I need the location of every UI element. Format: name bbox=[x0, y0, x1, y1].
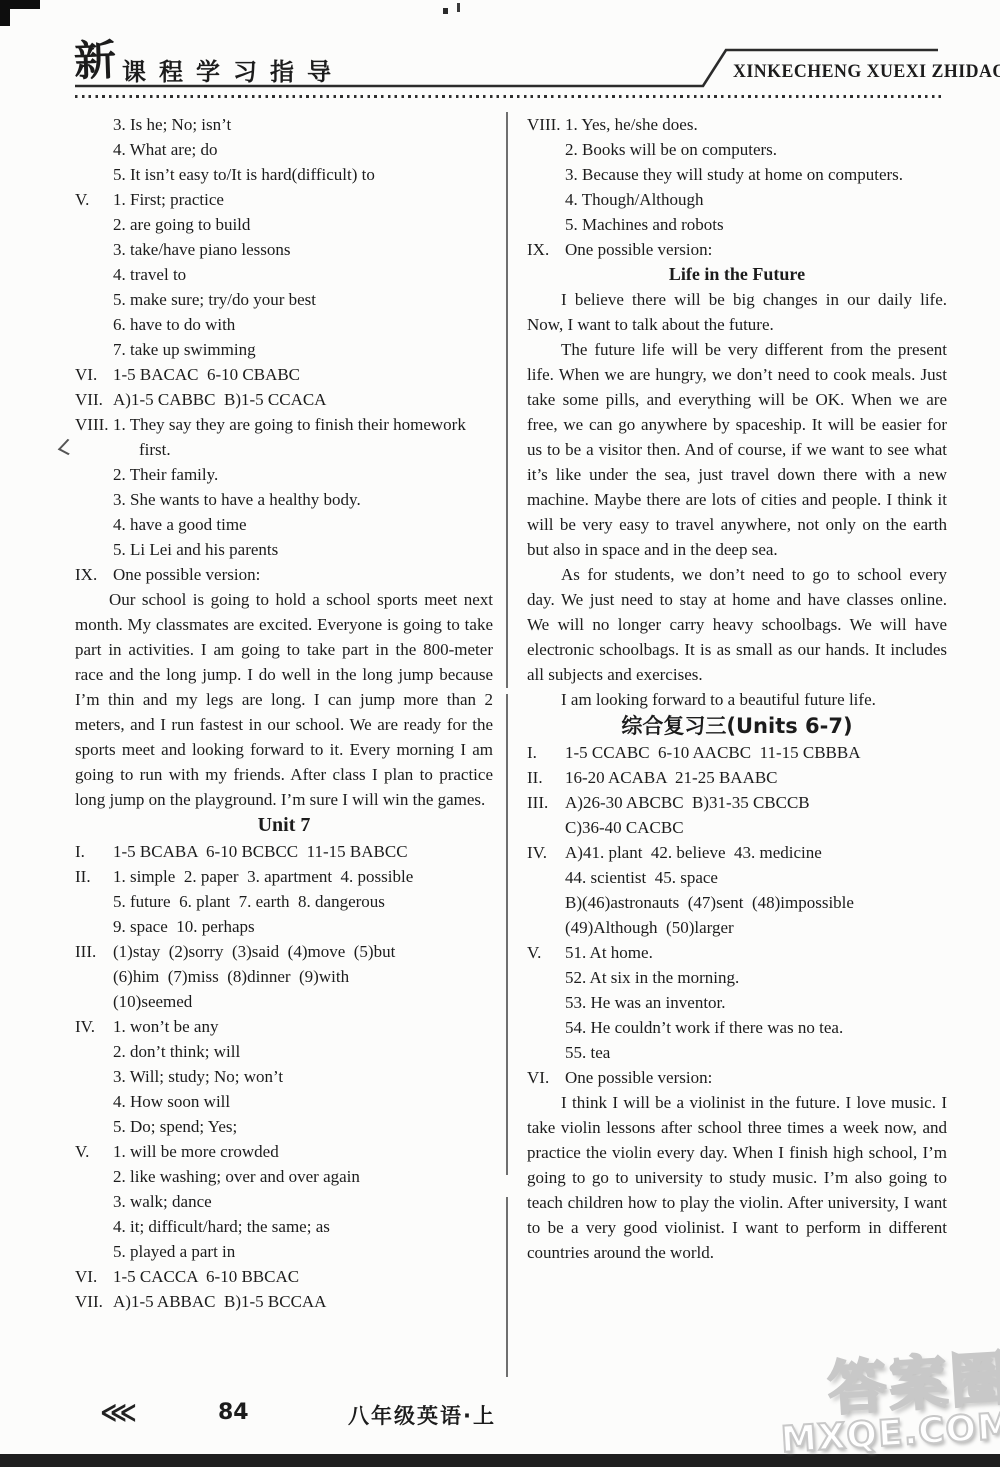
answer-line: 4. travel to bbox=[75, 262, 493, 287]
answer-line: 3. She wants to have a healthy body. bbox=[75, 487, 493, 512]
answer-text: C)36-40 CACBC bbox=[565, 815, 947, 840]
answer-line: 53. He was an inventor. bbox=[527, 990, 947, 1015]
answer-text: 3. Will; study; No; won’t bbox=[113, 1064, 493, 1089]
answer-text: 2. are going to build bbox=[113, 212, 493, 237]
answer-section-label: VIII. bbox=[75, 412, 113, 437]
answer-section-label: V. bbox=[75, 187, 113, 212]
answer-line: 4. Though/Although bbox=[527, 187, 947, 212]
answer-line: 7. take up swimming bbox=[75, 337, 493, 362]
column-divider bbox=[506, 112, 508, 688]
book-title: 八年级英语·上 bbox=[348, 1400, 496, 1430]
essay-paragraph: As for students, we don’t need to go to … bbox=[527, 562, 947, 687]
answer-line: IV.A)41. plant 42. believe 43. medicine bbox=[527, 840, 947, 865]
answer-line: C)36-40 CACBC bbox=[527, 815, 947, 840]
answer-section-label: IV. bbox=[75, 1014, 113, 1039]
answer-text: (10)seemed bbox=[113, 989, 493, 1014]
answer-text: (49)Although (50)larger bbox=[565, 915, 947, 940]
answer-text: 4. have a good time bbox=[113, 512, 493, 537]
answer-text: A)26-30 ABCBC B)31-35 CBCCB bbox=[565, 790, 947, 815]
answer-text: 4. What are; do bbox=[113, 137, 493, 162]
answer-line: 55. tea bbox=[527, 1040, 947, 1065]
answer-line: IX.One possible version: bbox=[527, 237, 947, 262]
answer-section-label: I. bbox=[527, 740, 565, 765]
answer-line: V.1. First; practice bbox=[75, 187, 493, 212]
answer-line: 4. it; difficult/hard; the same; as bbox=[75, 1214, 493, 1239]
answer-line: 3. take/have piano lessons bbox=[75, 237, 493, 262]
answer-line: 9. space 10. perhaps bbox=[75, 914, 493, 939]
answer-line: II.1. simple 2. paper 3. apartment 4. po… bbox=[75, 864, 493, 889]
answer-line: 6. have to do with bbox=[75, 312, 493, 337]
answer-text: 4. Though/Although bbox=[565, 187, 947, 212]
answer-section-label: VII. bbox=[75, 1289, 113, 1314]
answer-text: 4. How soon will bbox=[113, 1089, 493, 1114]
right-column: VIII.1. Yes, he/she does.2. Books will b… bbox=[527, 112, 947, 1314]
answer-line: 5. played a part in bbox=[75, 1239, 493, 1264]
answer-line: VIII.1. They say they are going to finis… bbox=[75, 412, 493, 462]
answer-line: I.1-5 BCABA 6-10 BCBCC 11-15 BABCC bbox=[75, 839, 493, 864]
answer-section-label: V. bbox=[527, 940, 565, 965]
answer-text: 4. it; difficult/hard; the same; as bbox=[113, 1214, 493, 1239]
answer-section-label: III. bbox=[75, 939, 113, 964]
answer-line: 3. walk; dance bbox=[75, 1189, 493, 1214]
section-heading: 综合复习三(Units 6-7) bbox=[527, 712, 947, 740]
brand-title-pinyin: XINKECHENG XUEXI ZHIDAO⟩⟩⟩ bbox=[733, 57, 1000, 83]
answer-text: 5. future 6. plant 7. earth 8. dangerous bbox=[113, 889, 493, 914]
answer-line: (49)Although (50)larger bbox=[527, 915, 947, 940]
column-divider bbox=[506, 694, 508, 1175]
answer-text: 2. don’t think; will bbox=[113, 1039, 493, 1064]
answer-text: 5. It isn’t easy to/It is hard(difficult… bbox=[113, 162, 493, 187]
answer-section-label: VII. bbox=[75, 387, 113, 412]
answer-text: 3. Is he; No; isn’t bbox=[113, 112, 493, 137]
answer-text: 54. He couldn’t work if there was no tea… bbox=[565, 1015, 947, 1040]
answer-text: 1. Yes, he/she does. bbox=[565, 112, 947, 137]
answer-line: IX.One possible version: bbox=[75, 562, 493, 587]
answer-line: VII.A)1-5 CABBC B)1-5 CCACA bbox=[75, 387, 493, 412]
answer-line: VI.1-5 BACAC 6-10 CBABC bbox=[75, 362, 493, 387]
answer-text: 2. Books will be on computers. bbox=[565, 137, 947, 162]
answer-section-label: II. bbox=[75, 864, 113, 889]
essay-paragraph: I am looking forward to a beautiful futu… bbox=[527, 687, 947, 712]
answer-section-label: IX. bbox=[527, 237, 565, 262]
answer-line: 44. scientist 45. space bbox=[527, 865, 947, 890]
answer-section-label: IX. bbox=[75, 562, 113, 587]
answer-text: 1-5 CCABC 6-10 AACBC 11-15 CBBBA bbox=[565, 740, 947, 765]
answer-line: B)(46)astronauts (47)sent (48)impossible bbox=[527, 890, 947, 915]
answer-section-label: V. bbox=[75, 1139, 113, 1164]
answer-line: II.16-20 ACABA 21-25 BAABC bbox=[527, 765, 947, 790]
answer-text: 3. walk; dance bbox=[113, 1189, 493, 1214]
answer-text: One possible version: bbox=[565, 237, 947, 262]
essay-paragraph: The future life will be very different f… bbox=[527, 337, 947, 562]
answer-line: 2. like washing; over and over again bbox=[75, 1164, 493, 1189]
answer-text: A)41. plant 42. believe 43. medicine bbox=[565, 840, 947, 865]
answer-line: 2. Books will be on computers. bbox=[527, 137, 947, 162]
answer-text: 6. have to do with bbox=[113, 312, 493, 337]
answer-line: V.51. At home. bbox=[527, 940, 947, 965]
answer-text: 5. Machines and robots bbox=[565, 212, 947, 237]
answer-line: 5. make sure; try/do your best bbox=[75, 287, 493, 312]
answer-text: 1. will be more crowded bbox=[113, 1139, 493, 1164]
answer-section-label: VIII. bbox=[527, 112, 565, 137]
answer-line: 5. future 6. plant 7. earth 8. dangerous bbox=[75, 889, 493, 914]
answer-text: 1. They say they are going to finish the… bbox=[113, 412, 493, 462]
answer-line: III.(1)stay (2)sorry (3)said (4)move (5)… bbox=[75, 939, 493, 964]
answer-text: 16-20 ACABA 21-25 BAABC bbox=[565, 765, 947, 790]
section-heading: Life in the Future bbox=[527, 262, 947, 287]
answer-line: VI.One possible version: bbox=[527, 1065, 947, 1090]
answer-section-label: III. bbox=[527, 790, 565, 815]
scanned-workbook-page: 新 课程学习指导 XINKECHENG XUEXI ZHIDAO⟩⟩⟩ 3. I… bbox=[0, 0, 1000, 1467]
footer-chevrons-icon: ⋘ bbox=[100, 1398, 137, 1428]
answer-text: 9. space 10. perhaps bbox=[113, 914, 493, 939]
answer-text: 5. make sure; try/do your best bbox=[113, 287, 493, 312]
answer-line: VI.1-5 CACCA 6-10 BBCAC bbox=[75, 1264, 493, 1289]
answer-text: 2. like washing; over and over again bbox=[113, 1164, 493, 1189]
header-dotted-rule bbox=[75, 95, 943, 98]
column-divider bbox=[506, 1197, 508, 1377]
answer-line: IV.1. won’t be any bbox=[75, 1014, 493, 1039]
answer-body: 3. Is he; No; isn’t4. What are; do5. It … bbox=[75, 112, 947, 1314]
answer-line: 4. have a good time bbox=[75, 512, 493, 537]
answer-text: 1. won’t be any bbox=[113, 1014, 493, 1039]
answer-line: III.A)26-30 ABCBC B)31-35 CBCCB bbox=[527, 790, 947, 815]
answer-line: (10)seemed bbox=[75, 989, 493, 1014]
answer-line: 5. Machines and robots bbox=[527, 212, 947, 237]
answer-section-label: IV. bbox=[527, 840, 565, 865]
answer-line: 3. Because they will study at home on co… bbox=[527, 162, 947, 187]
answer-text: 51. At home. bbox=[565, 940, 947, 965]
brand-title-pinyin-text: XINKECHENG XUEXI ZHIDAO bbox=[733, 61, 1000, 82]
essay-paragraph: I think I will be a violinist in the fut… bbox=[527, 1090, 947, 1265]
answer-text: 7. take up swimming bbox=[113, 337, 493, 362]
left-column: 3. Is he; No; isn’t4. What are; do5. It … bbox=[75, 112, 493, 1314]
answer-text: 5. Do; spend; Yes; bbox=[113, 1114, 493, 1139]
answer-text: 3. She wants to have a healthy body. bbox=[113, 487, 493, 512]
answer-line: 52. At six in the morning. bbox=[527, 965, 947, 990]
answer-text: A)1-5 ABBAC B)1-5 BCCAA bbox=[113, 1289, 493, 1314]
answer-text: (6)him (7)miss (8)dinner (9)with bbox=[113, 964, 493, 989]
answer-line: 2. don’t think; will bbox=[75, 1039, 493, 1064]
answer-line: 3. Is he; No; isn’t bbox=[75, 112, 493, 137]
answer-section-label: VI. bbox=[75, 362, 113, 387]
answer-line: 4. How soon will bbox=[75, 1089, 493, 1114]
answer-line: 5. Li Lei and his parents bbox=[75, 537, 493, 562]
answer-text: A)1-5 CABBC B)1-5 CCACA bbox=[113, 387, 493, 412]
answer-text: 1. simple 2. paper 3. apartment 4. possi… bbox=[113, 864, 493, 889]
answer-text: B)(46)astronauts (47)sent (48)impossible bbox=[565, 890, 947, 915]
answer-section-label: VI. bbox=[527, 1065, 565, 1090]
answer-text: One possible version: bbox=[113, 562, 493, 587]
watermark: 答案圈 MXQE.COM bbox=[776, 1349, 1000, 1459]
answer-text: 55. tea bbox=[565, 1040, 947, 1065]
answer-text: One possible version: bbox=[565, 1065, 947, 1090]
answer-text: 3. take/have piano lessons bbox=[113, 237, 493, 262]
answer-text: 52. At six in the morning. bbox=[565, 965, 947, 990]
answer-line: 5. It isn’t easy to/It is hard(difficult… bbox=[75, 162, 493, 187]
answer-line: 5. Do; spend; Yes; bbox=[75, 1114, 493, 1139]
answer-line: I.1-5 CCABC 6-10 AACBC 11-15 CBBBA bbox=[527, 740, 947, 765]
answer-line: V.1. will be more crowded bbox=[75, 1139, 493, 1164]
answer-text: (1)stay (2)sorry (3)said (4)move (5)but bbox=[113, 939, 493, 964]
answer-section-label: I. bbox=[75, 839, 113, 864]
answer-text: 1-5 BCABA 6-10 BCBCC 11-15 BABCC bbox=[113, 839, 493, 864]
answer-text: 5. Li Lei and his parents bbox=[113, 537, 493, 562]
answer-line: 54. He couldn’t work if there was no tea… bbox=[527, 1015, 947, 1040]
answer-text: 1-5 CACCA 6-10 BBCAC bbox=[113, 1264, 493, 1289]
answer-line: 4. What are; do bbox=[75, 137, 493, 162]
essay-paragraph: I believe there will be big changes in o… bbox=[527, 287, 947, 337]
answer-text: 3. Because they will study at home on co… bbox=[565, 162, 947, 187]
answer-section-label: II. bbox=[527, 765, 565, 790]
answer-text: 1. First; practice bbox=[113, 187, 493, 212]
answer-section-label: VI. bbox=[75, 1264, 113, 1289]
answer-text: 1-5 BACAC 6-10 CBABC bbox=[113, 362, 493, 387]
brand-title-chinese: 课程学习指导 bbox=[122, 52, 344, 87]
answer-text: 4. travel to bbox=[113, 262, 493, 287]
answer-line: 2. are going to build bbox=[75, 212, 493, 237]
answer-line: 2. Their family. bbox=[75, 462, 493, 487]
brand-logo-icon: 新 bbox=[73, 39, 116, 82]
answer-text: 53. He was an inventor. bbox=[565, 990, 947, 1015]
section-heading: Unit 7 bbox=[75, 812, 493, 839]
essay-paragraph: Our school is going to hold a school spo… bbox=[75, 587, 493, 812]
answer-line: 3. Will; study; No; won’t bbox=[75, 1064, 493, 1089]
page-number: 84 bbox=[218, 1400, 249, 1425]
answer-text: 5. played a part in bbox=[113, 1239, 493, 1264]
answer-text: 2. Their family. bbox=[113, 462, 493, 487]
answer-line: (6)him (7)miss (8)dinner (9)with bbox=[75, 964, 493, 989]
answer-line: VIII.1. Yes, he/she does. bbox=[527, 112, 947, 137]
answer-text: 44. scientist 45. space bbox=[565, 865, 947, 890]
answer-line: VII.A)1-5 ABBAC B)1-5 BCCAA bbox=[75, 1289, 493, 1314]
